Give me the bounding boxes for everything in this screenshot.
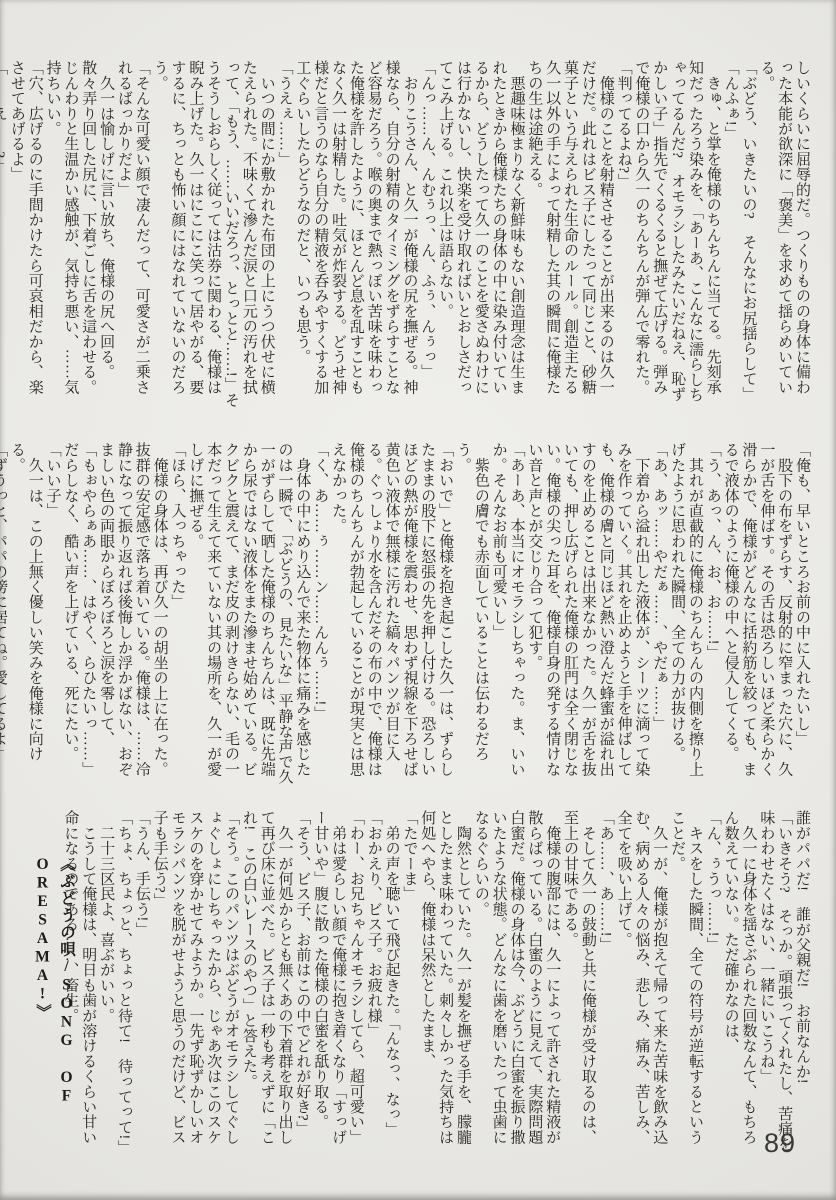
paragraph: 「そう、ビス子、お前はこの中でどれが好き?」 (293, 810, 311, 1159)
paragraph: 弟の声を聴いて飛び起きた。「んなっ、なっ」 (382, 810, 400, 1159)
paragraph: 「ずうっと、パパの傍に居てね。愛してるよ」 (0, 442, 7, 791)
paragraph: 「いい子」 (43, 442, 61, 791)
paragraph: 「うえぇ……」 (275, 60, 293, 409)
paragraph: いつの間にか敷かれた布団の上にうつ伏せに横たえられた。不味くて滲んだ涙と口元の汚… (150, 60, 275, 409)
paragraph: だらしなく、酷い声を上げている、死にたい。 (61, 442, 79, 791)
paragraph: 「く、あ……ぅ……ン……んんぅ……!」 (310, 442, 328, 791)
paragraph: 陶然としていた。久一が髪を撫ぜる手を、朦朧としたまま味わっていた。刺々しかった気… (417, 810, 471, 1159)
paragraph: 「おかえり、ビス子。お疲れ様」 (364, 810, 382, 1159)
paragraph: 「わー、お兄ちゃんオモラシしてら、超可愛い」 (346, 810, 364, 1159)
paragraph: 「……え……?」 (0, 60, 7, 409)
paragraph: 弟は愛らしい顔で俺様に抱き着くなり「すっげー甘いや」腹に散った俺様の白蜜を舐り取… (310, 810, 346, 1159)
paragraph: 「ほら、入っちゃった」 (168, 442, 186, 791)
paragraph: おりこうさん、と久一が俺様の尻を撫ぜる。神様なら、自分の射精のタイミングをずらす… (293, 60, 418, 409)
paragraph: 俺様の身体は、再び久一の胡坐の上に在った。抜群の安定感で落ち着いている。俺様は、… (96, 442, 167, 791)
paragraph: 誰がパパだ! 誰が父親だ! お前なんか! (792, 810, 810, 1159)
paragraph: 股下の布をずらす、反射的に窄まった穴に、久一が舌を伸ばす。その舌は恐ろしいほど柔… (721, 442, 792, 791)
paragraph: 「ぶどう、いきたいの? そんなにお尻揺らして」 (739, 60, 757, 409)
paragraph: 俺様の腹部には、久一によって許された精液が散らばっている。白蜜のように見えて、実… (471, 810, 560, 1159)
paragraph: 「そんな可愛い顔で凄んだって、可愛さが二乗されるばっかりだよ」 (114, 60, 150, 409)
story-title: 《ぶどうの唄/SONG OF ORESAMA!》 (30, 856, 78, 1146)
paragraph: 「おいで」と俺様を抱き起こした久一は、ずらしたままの股下に怒張の先を押し付ける。… (328, 442, 453, 791)
paragraph: 俺様のことを射精させることが出来るのは久一だけだ。此れはビス子にしたって同じこと… (525, 60, 614, 409)
paragraph: しいくらいに屈辱的だ。つくりものの身体に備わった本能が欲深に「褒美」を求めて揺ら… (756, 60, 810, 409)
paragraph: キスをした瞬間、全ての符号が逆転するということだ。 (667, 810, 703, 1159)
paragraph: 久一に身体を揺さぶられた回数なんて、もちろん数えていない。ただ確かなのは、 (721, 810, 757, 1159)
paragraph: 悪趣味極まりなく新鮮味もない創造理念は生まれたときから俺様たちの身体の中に染み付… (435, 60, 524, 409)
paragraph: 「あ……、あ……!」 (596, 810, 614, 1159)
paragraph: 「もぉやらぁあ……、はやく、らひたいっ……」 (78, 442, 96, 791)
paragraph: 久一が、俺様が抱えて帰って来た苦味を飲み込む、病める人々の悩み、悲しみ、痛み、苦… (614, 810, 668, 1159)
paragraph: 「いきそう? そっか。頑張ってくれたし、苦痛を味わわせたくはない、一緒にいこうね… (756, 810, 792, 1159)
paragraph: 久一は愉しげに言い放ち、俺様の尻へ回る。散々弄り回した尻に、下着ごしに舌を這わせ… (43, 60, 114, 409)
paragraph: 「ちょ、ちょっと、ちょっと待て! 待ってって!」 (114, 810, 132, 1159)
paragraph: 其れが直截的に俺様のちんちんの内側を擦り上げたように思われた瞬間、全ての力が抜け… (667, 442, 703, 791)
paragraph: 「そう。このパンツはぶどうがオモラシしてぐしょぐしょにしちゃったから、じゃあ次は… (150, 810, 239, 1159)
paragraph: 「俺も、早いところお前の中に入れたいし」 (792, 442, 810, 791)
text-band-bottom: 誰がパパだ! 誰が父親だ! お前なんか! 「いきそう? そっか。頑張ってくれたし… (24, 810, 810, 1159)
paragraph: 下着から溢れ出した液体が、シーツに滴って染みを作っていく。其れを止めようと手を伸… (525, 442, 650, 791)
paragraph: 「判ってるよね?」 (614, 60, 632, 409)
page-number: 89 (764, 1128, 796, 1159)
paragraph: 「あーあ、本当にオモラシしちゃった。ま、いいか。そんなお前も可愛いし」 (489, 442, 525, 791)
paragraph: 「穴、広げるのに手間かけたら可哀相だから、楽させてあげるよ」 (7, 60, 43, 409)
text-band-top: しいくらいに屈辱的だ。つくりものの身体に備わった本能が欲深に「褒美」を求めて揺ら… (24, 60, 810, 409)
paragraph: 「う、あっ、ん、お、お……!」 (703, 442, 721, 791)
paragraph: 「んっ……ん、んむぅっ、ん、ふぅ、んぅっ」 (417, 60, 435, 409)
text-band-middle: 「俺も、早いところお前の中に入れたいし」 股下の布をずらす、反射的に窄まった穴に… (24, 442, 810, 791)
paragraph: 久一が何処からとも無くあの下着群を取り出して再び床に並べた。ビス子は一秒も考えず… (239, 810, 293, 1159)
paragraph: 紫色の膚でも赤面していることは伝わるだろう。 (453, 442, 489, 791)
paragraph: そして久一の鼓動と共に俺様が受け取るのは、至上の甘味である。 (560, 810, 596, 1159)
paragraph: 「んふぁ!」 (721, 60, 739, 409)
paragraph: きゅ、と掌を俺様のちんちんに当てる。先刻承知だったろう染みを、「あーあ、こんなに… (632, 60, 721, 409)
paragraph: 「うん、手伝う!」 (132, 810, 150, 1159)
scanned-book-page: しいくらいに屈辱的だ。つくりものの身体に備わった本能が欲深に「褒美」を求めて揺ら… (0, 0, 836, 1200)
paragraph: 二十三区民よ、喜ぶがいい。 (96, 810, 114, 1159)
paragraph: 「たでーま」 (400, 810, 418, 1159)
paragraph: 「あ、あッ……やだぁ……、やだぁ……」 (649, 442, 667, 791)
paragraph: 身体の中にめり込んで来た物体に痛みを感じたのは一瞬で、「ぶどうの、見たいな」平静… (185, 442, 310, 791)
paragraph: 「ん、ぅうっ……!」 (703, 810, 721, 1159)
paragraph: 久一は、この上無く優しい笑みを俺様に向ける。 (7, 442, 43, 791)
